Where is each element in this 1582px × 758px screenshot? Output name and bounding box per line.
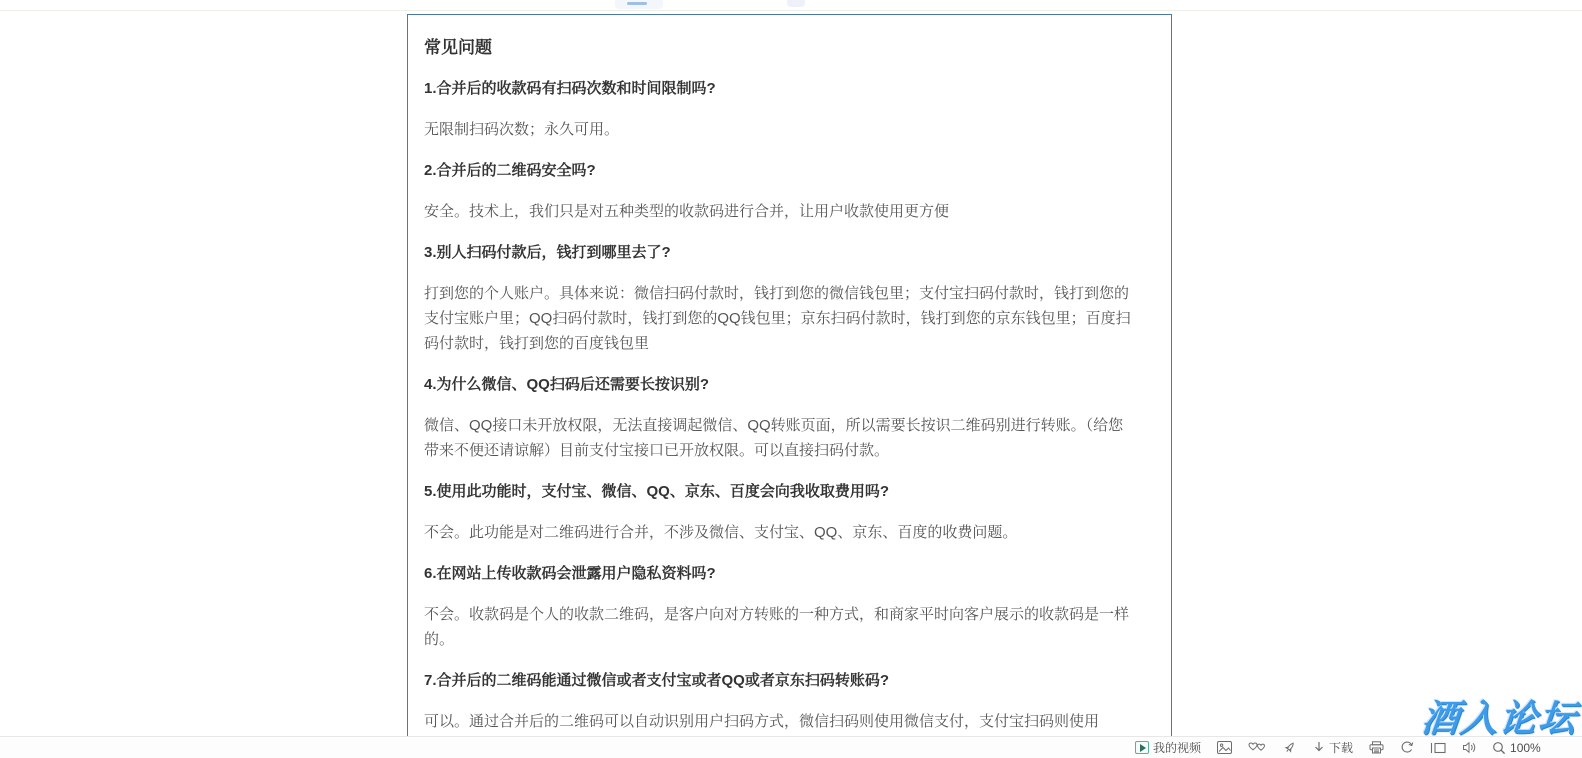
zoom-control[interactable]: 100%	[1492, 741, 1541, 755]
download-icon	[1313, 741, 1325, 754]
faq-answer-7: 可以。通过合并后的二维码可以自动识别用户扫码方式，微信扫码则使用微信支付，支付宝…	[424, 709, 1134, 734]
share-button[interactable]	[1282, 741, 1297, 755]
window-button[interactable]	[1430, 742, 1446, 754]
faq-answer-2: 安全。技术上，我们只是对五种类型的收款码进行合并，让用户收款使用更方便	[424, 199, 1134, 224]
favorite-button[interactable]	[1248, 741, 1266, 754]
speaker-icon	[1462, 741, 1476, 754]
rotate-button[interactable]	[1400, 741, 1414, 754]
download-button[interactable]: 下载	[1313, 739, 1353, 756]
faq-question-1: 1.合并后的收款码有扫码次数和时间限制吗?	[424, 76, 1134, 101]
hearts-icon	[1248, 741, 1266, 754]
download-label: 下载	[1329, 739, 1353, 756]
image-button[interactable]	[1217, 741, 1232, 754]
forum-watermark: 酒入论坛	[1389, 688, 1581, 742]
printer-icon	[1369, 741, 1384, 754]
faq-question-6: 6.在网站上传收款码会泄露用户隐私资料吗?	[424, 561, 1134, 586]
image-icon	[1217, 741, 1232, 754]
sound-button[interactable]	[1462, 741, 1476, 754]
window-icon	[1430, 742, 1446, 754]
faq-answer-3: 打到您的个人账户。具体来说：微信扫码付款时，钱打到您的微信钱包里；支付宝扫码付款…	[424, 281, 1134, 356]
faq-answer-4: 微信、QQ接口未开放权限，无法直接调起微信、QQ转账页面，所以需要长按识二维码别…	[424, 413, 1134, 463]
rotate-icon	[1400, 741, 1414, 754]
faq-answer-5: 不会。此功能是对二维码进行合并，不涉及微信、支付宝、QQ、京东、百度的收费问题。	[424, 520, 1134, 545]
faq-panel: 常见问题 1.合并后的收款码有扫码次数和时间限制吗? 无限制扫码次数；永久可用。…	[407, 14, 1172, 758]
faq-question-2: 2.合并后的二维码安全吗?	[424, 158, 1134, 183]
cutoff-element	[615, 0, 663, 9]
cutoff-element	[787, 0, 805, 7]
print-button[interactable]	[1369, 741, 1384, 754]
page-title: 常见问题	[424, 35, 1134, 60]
faq-answer-6: 不会。收款码是个人的收款二维码，是客户向对方转账的一种方式，和商家平时向客户展示…	[424, 602, 1134, 652]
faq-answer-1: 无限制扫码次数；永久可用。	[424, 117, 1134, 142]
zoom-level: 100%	[1510, 741, 1541, 755]
my-videos-label: 我的视频	[1153, 739, 1201, 756]
magnifier-icon	[1492, 741, 1506, 755]
top-divider	[0, 10, 1582, 11]
play-icon	[1135, 741, 1149, 754]
faq-question-3: 3.别人扫码付款后，钱打到哪里去了?	[424, 240, 1134, 265]
cutoff-link-fragment	[627, 2, 647, 5]
my-videos-button[interactable]: 我的视频	[1135, 739, 1201, 756]
faq-question-4: 4.为什么微信、QQ扫码后还需要长按识别?	[424, 372, 1134, 397]
bottom-toolbar: 我的视频 下载	[0, 736, 1582, 758]
rocket-icon	[1282, 741, 1297, 755]
faq-question-7: 7.合并后的二维码能通过微信或者支付宝或者QQ或者京东扫码转账码?	[424, 668, 1134, 693]
faq-question-5: 5.使用此功能时，支付宝、微信、QQ、京东、百度会向我收取费用吗?	[424, 479, 1134, 504]
